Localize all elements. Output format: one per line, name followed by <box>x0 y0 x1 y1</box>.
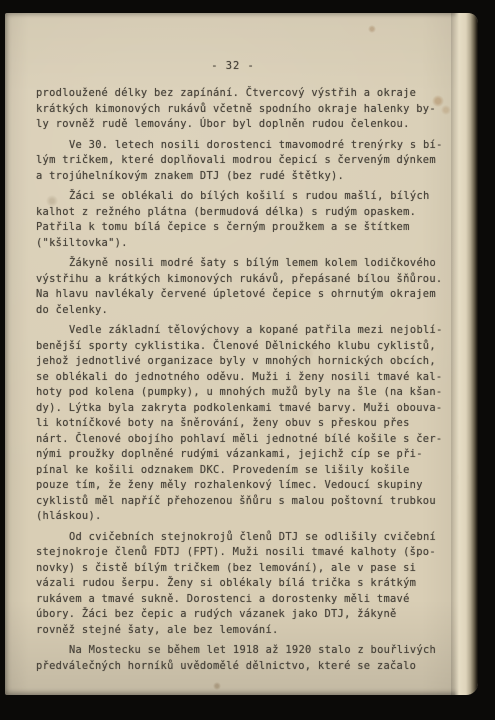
paragraph: Žáci se oblékali do bílých košilí s rudo… <box>36 189 456 251</box>
text-line: Ve 30. letech nosili dorostenci tmavomod… <box>36 138 456 154</box>
text-line: novky) s čistě bílým tričkem (bez lemová… <box>36 561 456 577</box>
text-line: kalhot z režného plátna (bermudová délka… <box>36 205 456 221</box>
text-line: rukávem a tmavé sukně. Dorostenci a doro… <box>36 592 456 608</box>
text-line: výstřihu a krátkých kimonových rukávů, p… <box>36 272 456 288</box>
text-line: ly rovněž rudě lemovány. Úbor byl doplně… <box>36 117 456 133</box>
paragraph: Vedle základní tělovýchovy a kopané patř… <box>36 323 456 525</box>
scan-background: - 32 - prodloužené délky bez zapínání. Č… <box>0 0 495 720</box>
text-line: Vedle základní tělovýchovy a kopané patř… <box>36 323 456 339</box>
text-line: (hláskou). <box>36 509 456 525</box>
text-line: prodloužené délky bez zapínání. Čtvercov… <box>36 86 456 102</box>
text-line: rovněž stejné šaty, ale bez lemování. <box>36 623 456 639</box>
text-line: se oblékali do jednotného oděvu. Muži i … <box>36 370 456 386</box>
text-line: Na Mostecku se během let 1918 až 1920 st… <box>36 643 456 659</box>
text-line: pínal ke košili odznakem DKC. Provedením… <box>36 463 456 479</box>
text-line: Od cvičebních stejnokrojů členů DTJ se o… <box>36 530 456 546</box>
page-body: prodloužené délky bez zapínání. Čtvercov… <box>36 86 456 674</box>
text-line: stejnokroje členů FDTJ (FPT). Muži nosil… <box>36 545 456 561</box>
text-line: hoty pod kolena (pumpky), u mnohých mužů… <box>36 385 456 401</box>
text-line: li kotníčkové boty na šněrování, ženy ob… <box>36 416 456 432</box>
text-line: benější sporty cyklistika. Členové Dělni… <box>36 339 456 355</box>
text-line: do čelenky. <box>36 303 456 319</box>
text-line: dy). Lýtka byla zakryta podkolenkami tma… <box>36 401 456 417</box>
page-number: - 32 - <box>36 60 430 72</box>
paragraph: Na Mostecku se během let 1918 až 1920 st… <box>36 643 456 674</box>
text-line: předválečných horníků uvědomělé dělnictv… <box>36 659 456 675</box>
text-line: krátkých kimonových rukávů včetně spodní… <box>36 102 456 118</box>
text-line: vázali rudou šerpu. Ženy si oblékaly bíl… <box>36 576 456 592</box>
paragraph: Od cvičebních stejnokrojů členů DTJ se o… <box>36 530 456 639</box>
paragraph: Žákyně nosili modré šaty s bílým lemem k… <box>36 256 456 318</box>
text-line: Patřila k tomu bílá čepice s černým prou… <box>36 220 456 236</box>
text-line: lým tričkem, které doplňovali modrou čep… <box>36 153 456 169</box>
paragraph: Ve 30. letech nosili dorostenci tmavomod… <box>36 138 456 185</box>
text-line: nárt. Členové obojího pohlaví měli jedno… <box>36 432 456 448</box>
text-line: cyklistů měl napříč přehozenou šňůru s m… <box>36 494 456 510</box>
text-line: jehož jednotlivé organizace byly v mnohý… <box>36 354 456 370</box>
text-line: pouze tím, že ženy měly rozhalenkový lím… <box>36 478 456 494</box>
text-line: a trojúhelníkovým znakem DTJ (bez rudé š… <box>36 169 456 185</box>
text-column: - 32 - prodloužené délky bez zapínání. Č… <box>36 60 456 679</box>
text-line: ("kšiltovka"). <box>36 236 456 252</box>
text-line: úbory. Žáci bez čepic a rudých vázanek j… <box>36 607 456 623</box>
text-line: nými proužky doplněné rudými vázankami, … <box>36 447 456 463</box>
scanned-page: - 32 - prodloužené délky bez zapínání. Č… <box>5 13 478 695</box>
text-line: Žáci se oblékali do bílých košilí s rudo… <box>36 189 456 205</box>
text-line: Žákyně nosili modré šaty s bílým lemem k… <box>36 256 456 272</box>
paragraph: prodloužené délky bez zapínání. Čtvercov… <box>36 86 456 133</box>
text-line: Na hlavu navlékaly červené úpletové čepi… <box>36 287 456 303</box>
